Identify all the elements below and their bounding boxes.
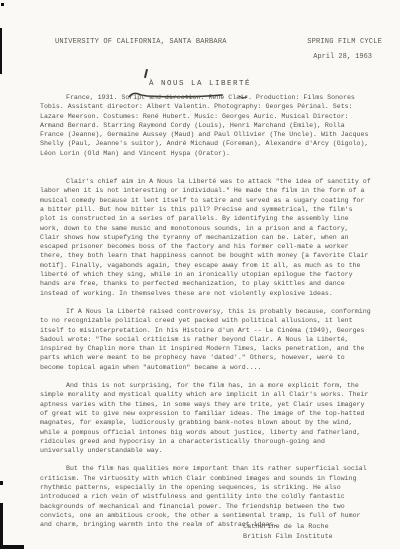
notes-paragraph-2: If A Nous la Liberté raised controversy,… bbox=[40, 307, 372, 372]
author-signature: Catherine de la Roche British Film Insti… bbox=[243, 523, 333, 542]
author-name: Catherine de la Roche bbox=[243, 523, 333, 533]
film-title: À NOUS LA LIBERTÉ bbox=[149, 80, 251, 88]
film-series-name: SPRING FILM CYCLE bbox=[307, 38, 382, 46]
film-credits-paragraph: France, 1931. Script and direction: René… bbox=[40, 93, 372, 158]
scan-artifact bbox=[0, 545, 24, 549]
page-header: UNIVERSITY OF CALIFORNIA, SANTA BARBARA … bbox=[55, 38, 382, 46]
author-affiliation: British Film Institute bbox=[243, 533, 333, 543]
title-block: À NOUS LA LIBERTÉ bbox=[0, 72, 400, 90]
university-name: UNIVERSITY OF CALIFORNIA, SANTA BARBARA bbox=[55, 38, 227, 46]
notes-paragraph-4: But the film has qualities more importan… bbox=[40, 464, 372, 529]
notes-paragraph-3: And this is not surprising, for the film… bbox=[40, 381, 372, 455]
document-page: UNIVERSITY OF CALIFORNIA, SANTA BARBARA … bbox=[0, 0, 400, 549]
scan-artifact bbox=[0, 481, 3, 485]
screening-date: April 28, 1963 bbox=[313, 53, 372, 61]
notes-paragraph-1: Clair's chief aim in A Nous la Liberté w… bbox=[40, 177, 372, 298]
handwritten-accent-mark bbox=[144, 69, 148, 78]
scan-artifact bbox=[1, 3, 4, 6]
scan-artifact bbox=[0, 503, 3, 549]
program-notes: France, 1931. Script and direction: René… bbox=[40, 93, 372, 538]
scan-artifact bbox=[0, 28, 2, 74]
